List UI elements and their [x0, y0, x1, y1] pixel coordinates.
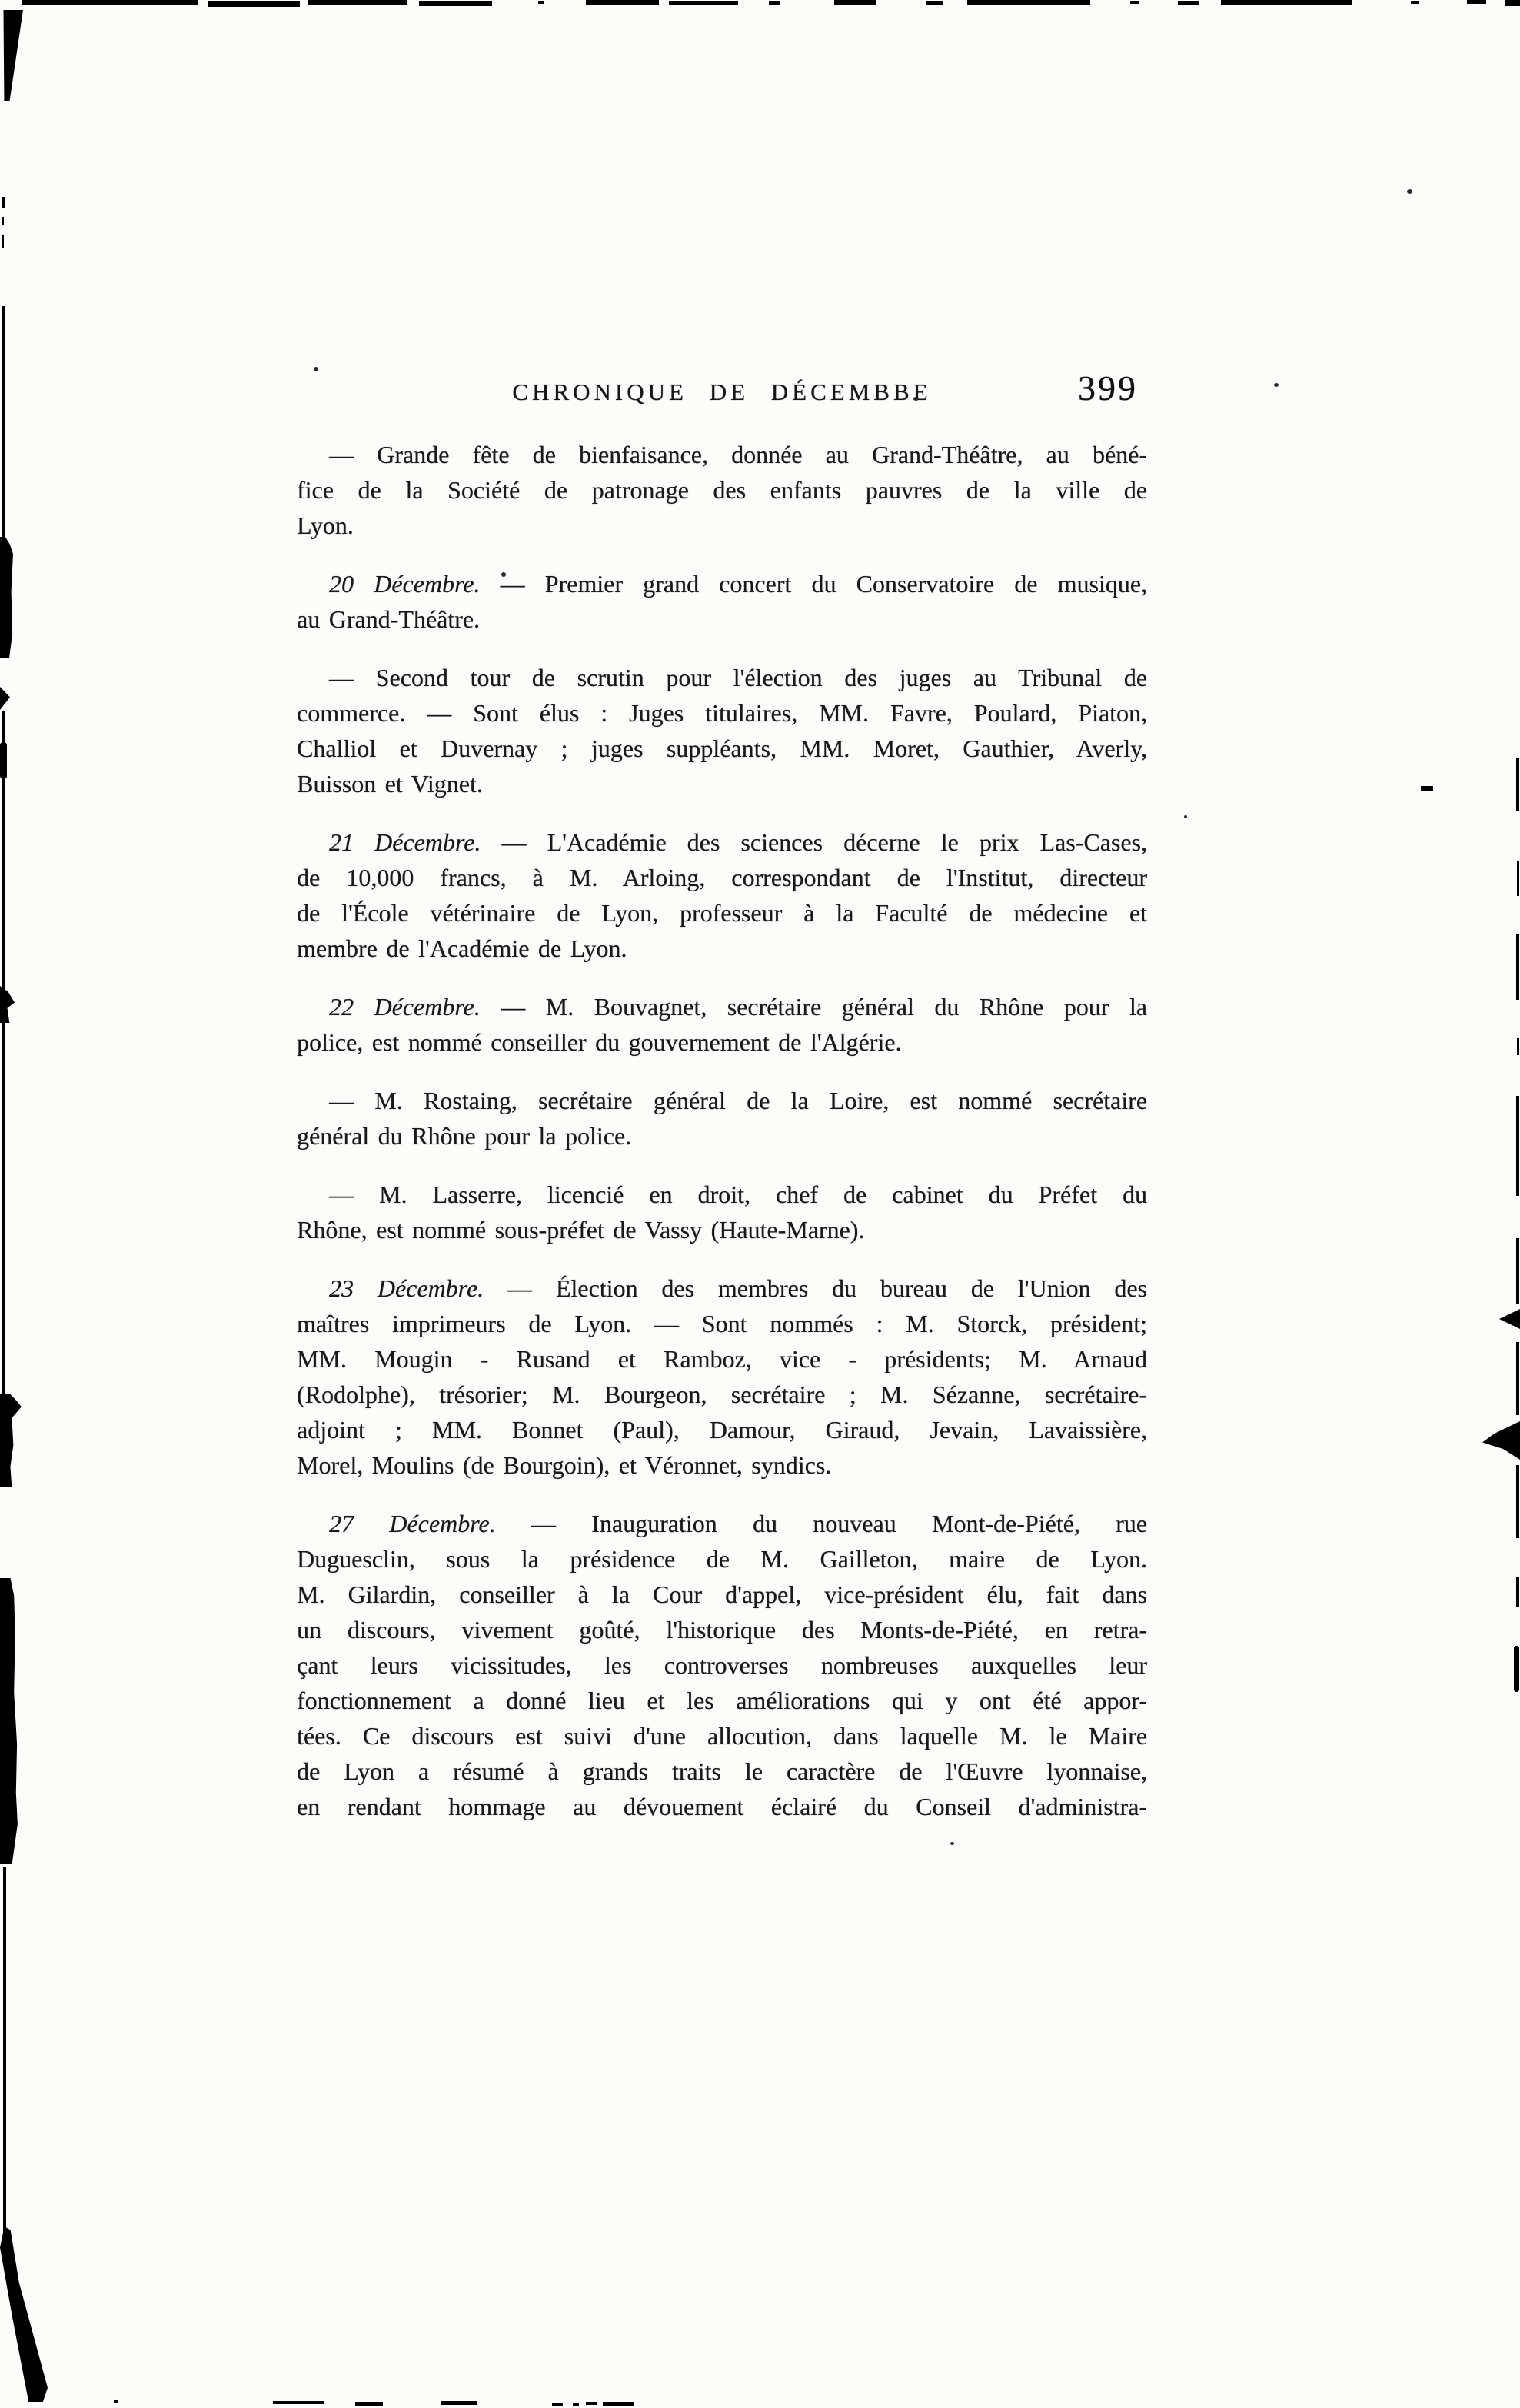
paragraph-line: de 10,000 francs, à M. Arloing, correspo…	[297, 860, 1147, 895]
paragraph-line: de Lyon a résumé à grands traits le cara…	[297, 1754, 1147, 1789]
ink-mark	[208, 1, 300, 7]
ink-mark	[441, 2401, 477, 2405]
ink-mark	[552, 2403, 563, 2406]
ink-mark	[1221, 0, 1352, 5]
paragraph-line: fice de la Société de patronage des enfa…	[297, 472, 1147, 508]
running-title: CHRONIQUE DE DÉCEMBBE	[297, 378, 1147, 406]
ink-mark	[586, 2402, 597, 2405]
paragraph-text: — M. Bouvagnet, secrétaire général du Rh…	[481, 993, 1147, 1021]
text-block: — Grande fête de bienfaisance, donnée au…	[297, 437, 1147, 1824]
ink-mark	[1411, 1, 1419, 4]
paragraph: 27 Décembre. — Inauguration du nouveau M…	[297, 1506, 1147, 1824]
paragraph-line: M. Gilardin, conseiller à la Cour d'appe…	[297, 1577, 1147, 1612]
scanned-book-page: CHRONIQUE DE DÉCEMBBE 399 — Grande fête …	[0, 0, 1520, 2408]
ink-mark	[22, 0, 198, 5]
paragraph: 23 Décembre. — Élection des membres du b…	[297, 1271, 1147, 1483]
ink-smudge	[0, 1394, 22, 1487]
ink-mark	[1516, 1577, 1519, 1607]
ink-mark	[114, 2400, 118, 2403]
ink-mark-arrow	[1499, 1309, 1520, 1329]
ink-mark	[2, 306, 5, 538]
paragraph-line: — Second tour de scrutin pour l'élection…	[297, 660, 1147, 695]
paragraph-line: un discours, vivement goûté, l'historiqu…	[297, 1612, 1147, 1647]
ink-mark	[273, 2401, 324, 2404]
paragraph-line: maîtres imprimeurs de Lyon. — Sont nommé…	[297, 1306, 1147, 1341]
paragraph-line: Rhône, est nommé sous-préfet de Vassy (H…	[297, 1212, 1147, 1247]
ink-mark	[586, 0, 659, 5]
ink-mark-bottom-left	[0, 2226, 48, 2402]
paragraph: 20 Décembre. — Premier grand concert du …	[297, 566, 1147, 637]
paragraph-line: général du Rhône pour la police.	[297, 1118, 1147, 1154]
paragraph-line: (Rodolphe), trésorier; M. Bourgeon, secr…	[297, 1377, 1147, 1412]
paragraph-line: membre de l'Académie de Lyon.	[297, 931, 1147, 966]
ink-mark	[0, 742, 7, 779]
paragraph-line: Buisson et Vignet.	[297, 766, 1147, 801]
ink-mark	[2, 197, 5, 208]
ink-mark	[669, 1, 738, 5]
paragraph-text: — Inauguration du nouveau Mont-de-Piété,…	[496, 1510, 1147, 1537]
date-label: 20 Décembre.	[329, 570, 480, 598]
paragraph-line: 22 Décembre. — M. Bouvagnet, secrétaire …	[297, 989, 1147, 1024]
date-label: 27 Décembre.	[329, 1510, 496, 1537]
paragraph: 22 Décembre. — M. Bouvagnet, secrétaire …	[297, 989, 1147, 1060]
paragraph-line: tées. Ce discours est suivi d'une allocu…	[297, 1718, 1147, 1754]
paragraph-line: 23 Décembre. — Élection des membres du b…	[297, 1271, 1147, 1306]
ink-mark	[1516, 934, 1519, 1000]
paragraph: — Grande fête de bienfaisance, donnée au…	[297, 437, 1147, 543]
speckle-dot	[950, 1842, 954, 1845]
page-header: CHRONIQUE DE DÉCEMBBE 399	[297, 374, 1147, 420]
paragraph-line: de l'École vétérinaire de Lyon, professe…	[297, 895, 1147, 931]
ink-mark	[1516, 1096, 1519, 1196]
ink-mark	[1516, 758, 1519, 811]
ink-mark	[769, 1, 780, 5]
speckle-dot	[314, 367, 318, 371]
paragraph-line: — M. Rostaing, secrétaire général de la …	[297, 1083, 1147, 1118]
speckle-dot	[1274, 383, 1279, 387]
ink-mark	[2, 1242, 5, 1396]
paragraph-line: çant leurs vicissitudes, les controverse…	[297, 1647, 1147, 1683]
ink-mark	[926, 1, 943, 5]
ink-mark	[1421, 786, 1433, 791]
speckle-dot	[913, 397, 919, 401]
paragraph-line: en rendant hommage au dévouement éclairé…	[297, 1789, 1147, 1824]
paragraph: — M. Lasserre, licencié en droit, chef d…	[297, 1177, 1147, 1247]
date-label: 22 Décembre.	[329, 993, 481, 1021]
paragraph-line: 27 Décembre. — Inauguration du nouveau M…	[297, 1506, 1147, 1541]
date-label: 21 Décembre.	[329, 828, 481, 856]
ink-mark	[967, 0, 1090, 5]
ink-smudge	[0, 537, 13, 658]
paragraph-line: commerce. — Sont élus : Juges titulaires…	[297, 695, 1147, 731]
speckle-dot	[501, 572, 506, 577]
ink-mark	[1178, 1, 1199, 5]
paragraph-line: — Grande fête de bienfaisance, donnée au…	[297, 437, 1147, 472]
ink-mark	[1514, 1646, 1519, 1692]
paragraph-line: police, est nommé conseiller du gouverne…	[297, 1024, 1147, 1060]
ink-mark	[1516, 1238, 1519, 1304]
paragraph-line: 20 Décembre. — Premier grand concert du …	[297, 566, 1147, 601]
page-number: 399	[1078, 368, 1138, 408]
paragraph-line: Challiol et Duvernay ; juges suppléants,…	[297, 731, 1147, 766]
paragraph-line: 21 Décembre. — L'Académie des sciences d…	[297, 824, 1147, 860]
ink-mark	[538, 1, 544, 4]
paragraph-line: Duguesclin, sous la présidence de M. Gai…	[297, 1541, 1147, 1577]
speckle-dot	[1407, 189, 1412, 194]
ink-mark	[2, 235, 4, 248]
ink-mark	[1505, 0, 1520, 6]
ink-mark	[1516, 1342, 1519, 1415]
ink-mark	[2, 217, 4, 225]
ink-mark	[573, 2403, 579, 2406]
ink-mark	[2, 711, 5, 1242]
ink-mark	[308, 0, 407, 5]
ink-smudge	[1482, 1421, 1520, 1460]
paragraph: 21 Décembre. — L'Académie des sciences d…	[297, 824, 1147, 966]
ink-mark	[1517, 1038, 1519, 1055]
paragraph-text: — L'Académie des sciences décerne le pri…	[481, 828, 1147, 856]
ink-mark	[603, 2402, 634, 2406]
ink-smudge	[0, 1578, 20, 1864]
paragraph-line: au Grand-Théâtre.	[297, 601, 1147, 637]
paragraph-text: — Élection des membres du bureau de l'Un…	[484, 1274, 1147, 1302]
paragraph-line: adjoint ; MM. Bonnet (Paul), Damour, Gir…	[297, 1412, 1147, 1447]
paragraph-line: Lyon.	[297, 508, 1147, 543]
paragraph-line: — M. Lasserre, licencié en droit, chef d…	[297, 1177, 1147, 1212]
ink-mark	[0, 687, 10, 710]
paragraph-line: fonctionnement a donné lieu et les améli…	[297, 1683, 1147, 1718]
speckle-dot	[1184, 815, 1187, 818]
ink-mark	[1130, 1, 1139, 4]
ink-mark	[1516, 1465, 1519, 1538]
ink-mark	[1467, 0, 1486, 4]
paragraph-line: MM. Mougin - Rusand et Ramboz, vice - pr…	[297, 1341, 1147, 1377]
ink-mark	[419, 1, 492, 6]
ink-mark	[355, 2402, 383, 2406]
ink-mark	[3, 1867, 6, 2236]
paragraph: — Second tour de scrutin pour l'élection…	[297, 660, 1147, 801]
ink-mark	[834, 0, 876, 5]
ink-mark	[1517, 861, 1519, 896]
paragraph: — M. Rostaing, secrétaire général de la …	[297, 1083, 1147, 1154]
paragraph-line: Morel, Moulins (de Bourgoin), et Véronne…	[297, 1447, 1147, 1483]
ink-mark	[0, 986, 15, 1023]
ink-mark-top-left	[0, 10, 23, 101]
paragraph-text: — Premier grand concert du Conservatoire…	[480, 570, 1147, 598]
date-label: 23 Décembre.	[329, 1274, 484, 1302]
